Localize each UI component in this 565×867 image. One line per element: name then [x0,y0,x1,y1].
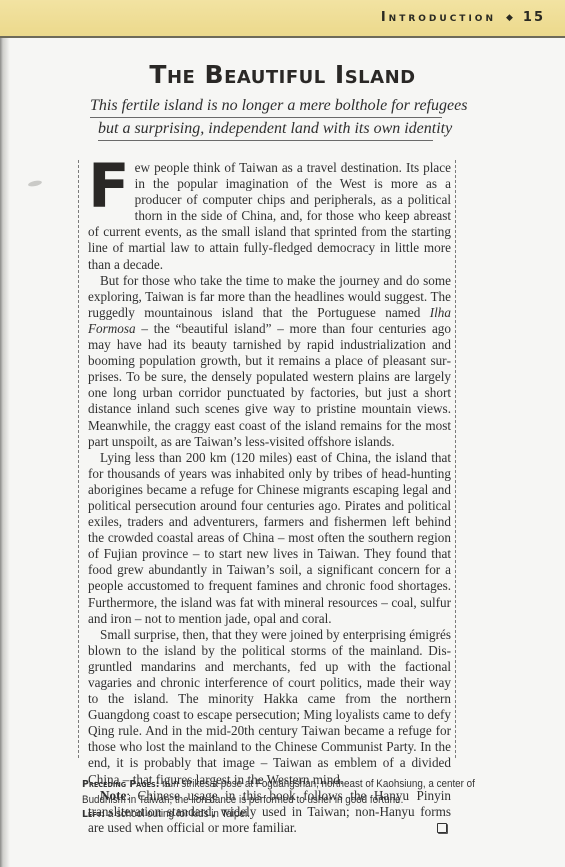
article-subtitle-line-1: This fertile island is no longer a mere … [90,97,442,118]
photo-captions: Preceding Pages: nun strikes a pose at F… [82,777,482,823]
paragraph-2: But for those who take the time to make … [88,273,451,450]
running-head: Introduction ◆ 15 [381,10,545,25]
paragraph-1-text: ew people think of Taiwan as a travel de… [88,160,451,272]
page-smudge [28,180,43,188]
caption-text-left: a school outing for kids in Taipei. [105,808,250,820]
page-gutter-shadow [0,0,10,867]
running-header-band: Introduction ◆ 15 [0,0,565,38]
caption-label-preceding: Preceding Pages: [82,779,159,790]
end-of-article-box-icon [437,823,447,833]
paragraph-4: Small surprise, then, that they were joi… [88,627,451,788]
article-body: Few people think of Taiwan as a travel d… [88,160,451,836]
page-number: 15 [523,10,545,25]
diamond-separator-icon: ◆ [506,13,513,23]
article-box: Few people think of Taiwan as a travel d… [78,160,456,758]
drop-cap: F [88,163,130,209]
article-title: The Beautiful Island [0,60,565,89]
paragraph-2-rest: – the “beautiful island” – more than fou… [88,321,451,449]
paragraph-3: Lying less than 200 km (120 miles) east … [88,450,451,627]
caption-label-left: Left: [82,809,105,820]
paragraph-1: Few people think of Taiwan as a travel d… [88,160,451,273]
article-subtitle-line-2: but a surprising, independent land with … [98,120,433,141]
caption-preceding-pages: Preceding Pages: nun strikes a pose at F… [82,777,482,807]
caption-left: Left: a school outing for kids in Taipei… [82,807,482,823]
section-name: Introduction [381,10,496,25]
paragraph-2-text: But for those who take the time to make … [88,273,451,320]
article-title-text: The Beautiful Island [149,60,415,89]
